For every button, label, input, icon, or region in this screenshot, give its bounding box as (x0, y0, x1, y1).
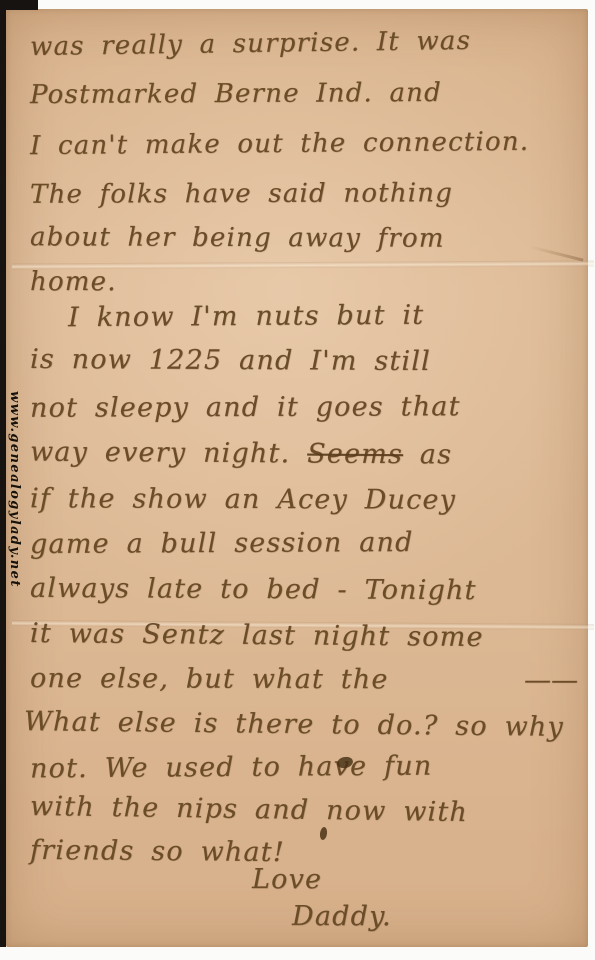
letter-line: way every night. Seems as (30, 437, 452, 471)
letter-line: was really a surprise. It was (30, 27, 471, 63)
letter-line: with the nips and now with (30, 791, 468, 828)
line-text: as (403, 439, 452, 470)
watermark-text: www.genealogylady.net (7, 391, 22, 588)
letter-line: home. (30, 268, 117, 298)
letter-line: I know I'm nuts but it (68, 300, 424, 334)
letter-line: I can't make out the connection. (30, 128, 529, 162)
letter-line: is now 1225 and I'm still (30, 344, 431, 377)
line-text: one else, but what the (30, 663, 389, 695)
letter-line: friends so what! (30, 835, 285, 868)
letter-line: The folks have said nothing (30, 179, 453, 210)
letter-line: about her being away from (30, 223, 445, 254)
line-text: way every night. (30, 437, 307, 470)
letter-line: Postmarked Berne Ind. and (30, 79, 442, 111)
letter-line: one else, but what the—— (30, 663, 578, 696)
letter-line: not. We used to have fun (30, 751, 433, 785)
scan-edge-top-left (0, 0, 38, 10)
letter-signature: Daddy. (292, 901, 392, 932)
scan-edge-left (0, 0, 6, 947)
letter-line: always late to bed - Tonight (30, 573, 477, 606)
letter-line: it was Sentz last night some (30, 618, 484, 653)
letter-line: What else is there to do.? so why (24, 706, 564, 743)
letter-closing-love: Love (252, 864, 322, 895)
letter-line: if the show an Acey Ducey (30, 483, 456, 516)
letter-line: game a bull session and (30, 527, 414, 560)
letter-line: not sleepy and it goes that (30, 391, 461, 424)
fold-crease-edge (529, 245, 583, 261)
struck-word: Seems (307, 438, 403, 470)
scanned-letter-page: www.genealogylady.net was really a surpr… (0, 0, 595, 960)
trailing-dash: —— (524, 665, 578, 696)
